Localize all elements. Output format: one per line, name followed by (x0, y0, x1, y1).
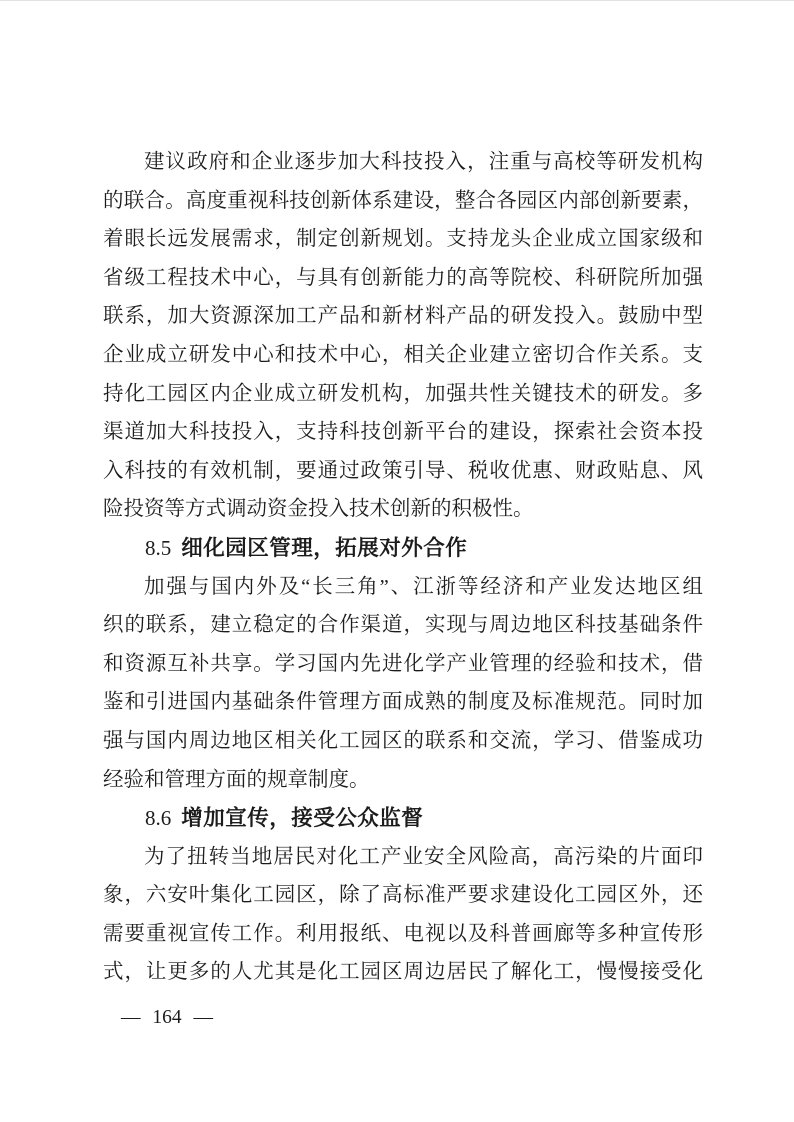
paragraph-external-cooperation: 加强与国内外及“长三角”、江浙等经济和产业发达地区组织的联系，建立稳定的合作渠道… (103, 568, 703, 800)
text-line: 式，让更多的人尤其是化工园区周边居民了解化工，慢慢接受化 (103, 953, 703, 992)
section-heading-8-5: 8.5细化园区管理，拓展对外合作 (103, 529, 703, 568)
section-number: 8.5 (145, 536, 181, 560)
text-line: 渠道加大科技投入，支持科技创新平台的建设，探索社会资本投 (103, 413, 703, 452)
scan-edge-line (0, 0, 794, 1)
page-footer: — 164 — (121, 1006, 213, 1030)
paragraph-public-publicity: 为了扭转当地居民对化工产业安全风险高，高污染的片面印象，六安叶集化工园区，除了高… (103, 838, 703, 992)
text-line: 入科技的有效机制，要通过政策引导、税收优惠、财政贴息、风 (103, 452, 703, 491)
section-title: 增加宣传，接受公众监督 (181, 806, 423, 830)
content: 建议政府和企业逐步加大科技投入，注重与高校等研发机构的联合。高度重视科技创新体系… (103, 143, 703, 992)
page-number: — 164 — (121, 1007, 213, 1028)
text-line: 为了扭转当地居民对化工产业安全风险高，高污染的片面印 (103, 838, 703, 877)
text-line: 企业成立研发中心和技术中心，相关企业建立密切合作关系。支 (103, 336, 703, 375)
text-line: 的联合。高度重视科技创新体系建设，整合各园区内部创新要素， (103, 182, 703, 221)
text-line: 鉴和引进国内基础条件管理方面成熟的制度及标准规范。同时加 (103, 683, 703, 722)
text-line: 持化工园区内企业成立研发机构，加强共性关键技术的研发。多 (103, 375, 703, 414)
text-line: 织的联系，建立稳定的合作渠道，实现与周边地区科技基础条件 (103, 606, 703, 645)
text-line: 需要重视宣传工作。利用报纸、电视以及科普画廊等多种宣传形 (103, 915, 703, 954)
text-line: 险投资等方式调动资金投入技术创新的积极性。 (103, 490, 703, 529)
section-heading-8-6: 8.6增加宣传，接受公众监督 (103, 799, 703, 838)
document-page: 建议政府和企业逐步加大科技投入，注重与高校等研发机构的联合。高度重视科技创新体系… (0, 0, 794, 1122)
text-line: 省级工程技术中心，与具有创新能力的高等院校、科研院所加强 (103, 259, 703, 298)
text-line: 象，六安叶集化工园区，除了高标准严要求建设化工园区外，还 (103, 876, 703, 915)
section-number: 8.6 (145, 806, 181, 830)
paragraph-tech-investment: 建议政府和企业逐步加大科技投入，注重与高校等研发机构的联合。高度重视科技创新体系… (103, 143, 703, 529)
section-title: 细化园区管理，拓展对外合作 (181, 536, 467, 560)
text-line: 建议政府和企业逐步加大科技投入，注重与高校等研发机构 (103, 143, 703, 182)
text-line: 着眼长远发展需求，制定创新规划。支持龙头企业成立国家级和 (103, 220, 703, 259)
text-line: 强与国内周边地区相关化工园区的联系和交流，学习、借鉴成功 (103, 722, 703, 761)
text-line: 和资源互补共享。学习国内先进化学产业管理的经验和技术，借 (103, 645, 703, 684)
text-line: 经验和管理方面的规章制度。 (103, 761, 703, 800)
text-line: 加强与国内外及“长三角”、江浙等经济和产业发达地区组 (103, 568, 703, 607)
text-line: 联系，加大资源深加工产品和新材料产品的研发投入。鼓励中型 (103, 297, 703, 336)
